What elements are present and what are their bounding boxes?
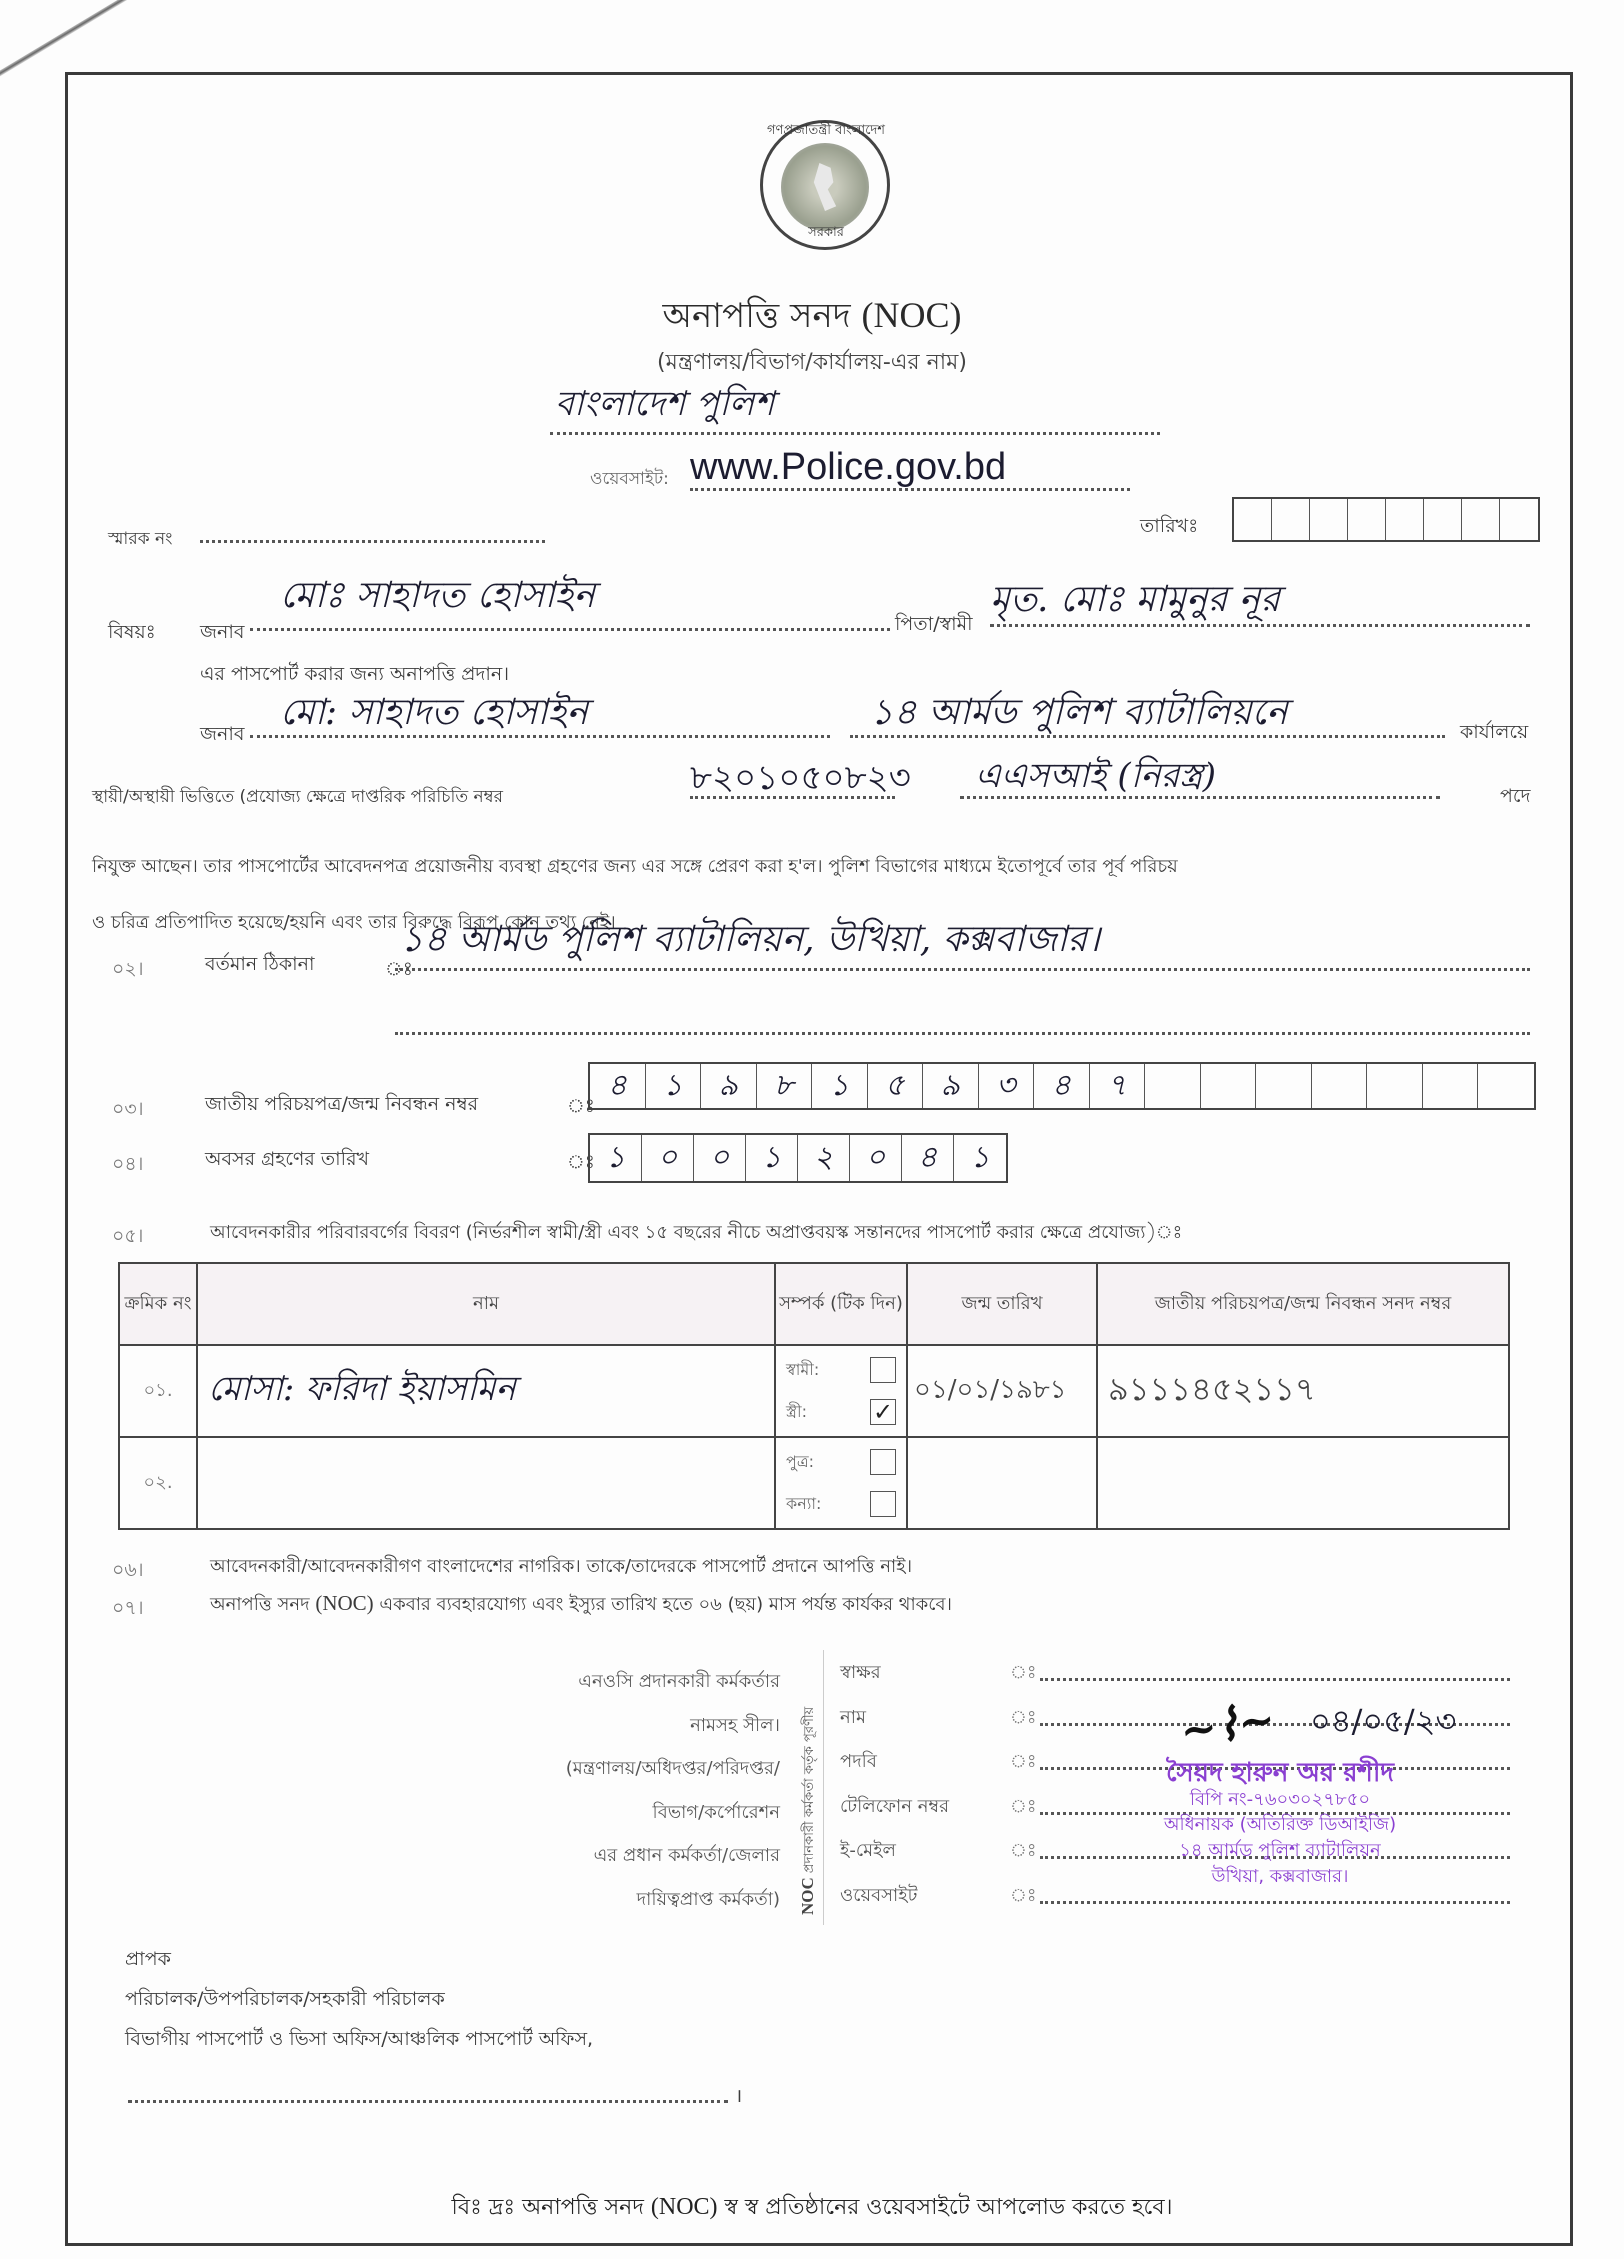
item-number: ০৬। [112, 1556, 144, 1588]
subject-label: বিষয়ঃ [108, 618, 156, 650]
digit-cell[interactable]: ৭ [1090, 1064, 1146, 1108]
relation-cell: পুত্র:কন্যা: [775, 1437, 907, 1529]
digit-cell[interactable]: ৯ [701, 1064, 757, 1108]
applicant-name-field[interactable]: মোঃ সাহাদত হোসাইন [280, 568, 595, 628]
item-number: ০২। [112, 955, 144, 987]
digit-cell[interactable]: ৪ [902, 1135, 954, 1181]
officer-field-label: স্বাক্ষর [840, 1658, 881, 1689]
officer-field-label: ই-মেইল [840, 1836, 896, 1867]
citizen-statement: আবেদনকারী/আবেদনকারীগণ বাংলাদেশের নাগরিক।… [210, 1552, 912, 1583]
nid-label: জাতীয় পরিচয়পত্র/জন্ম নিবন্ধন নম্বর [205, 1090, 478, 1122]
family-table: ক্রমিক নং নাম সম্পর্ক (টিক দিন) জন্ম তার… [118, 1262, 1510, 1530]
relation-cell: স্বামী:স্ত্রী:✓ [775, 1345, 907, 1437]
officer-field-label: নাম [840, 1703, 866, 1734]
post-suffix: পদে [1500, 782, 1531, 814]
digit-cell[interactable] [1462, 499, 1500, 540]
recipient-line2: বিভাগীয় পাসপোর্ট ও ভিসা অফিস/আঞ্চলিক পা… [125, 2025, 593, 2057]
stamp-location: উখিয়া, কক্সবাজার। [1100, 1862, 1460, 1893]
digit-cell[interactable] [1386, 499, 1424, 540]
father-name-field[interactable]: মৃত. মোঃ মামুনুর নূর [990, 572, 1280, 632]
seal-bottom-text: সরকার [763, 223, 889, 244]
subtitle: (মন্ত্রণালয়/বিভাগ/কার্যালয়-এর নাম) [0, 345, 1624, 382]
date-grid[interactable] [1232, 497, 1540, 542]
relation-label: কন্যা: [786, 1491, 821, 1518]
item-number: ০৫। [112, 1222, 143, 1254]
footer-note: বিঃ দ্রঃ অনাপত্তি সনদ (NOC) স্ব স্ব প্রত… [0, 2190, 1624, 2227]
relation-checkbox[interactable] [870, 1357, 896, 1383]
digit-cell[interactable]: ২ [798, 1135, 850, 1181]
digit-cell[interactable] [1256, 1064, 1312, 1108]
digit-cell[interactable] [1424, 499, 1462, 540]
officer-instruction-line: এনওসি প্রদানকারী কর্মকর্তার [460, 1660, 780, 1704]
recipient-line1: পরিচালক/উপপরিচালক/সহকারী পরিচালক [125, 1985, 445, 2017]
title-bangla: অনাপত্তি সনদ [663, 296, 851, 336]
subject-janab-label: জনাব [200, 618, 244, 650]
officer-field-input[interactable] [1040, 1678, 1510, 1681]
nid-grid[interactable]: ৪১৯৮১৫৯৩৪৭ [588, 1062, 1536, 1110]
officer-instruction-line: (মন্ত্রণালয়/অধিদপ্তর/পরিদপ্তর/ [460, 1747, 780, 1791]
signature-date: ০৪/০৫/২৩ [1310, 1696, 1456, 1750]
address-label: বর্তমান ঠিকানা [205, 950, 315, 982]
digit-cell[interactable]: ৪ [1034, 1064, 1090, 1108]
relation-label: স্বামী: [786, 1357, 819, 1384]
dob-cell[interactable]: ০১/০১/১৯৮১ [907, 1345, 1097, 1437]
officer-instruction-line: দায়িত্বপ্রাপ্ত কর্মকর্তা) [460, 1878, 780, 1922]
digit-cell[interactable]: ৩ [979, 1064, 1035, 1108]
digit-cell[interactable] [1310, 499, 1348, 540]
father-label: পিতা/স্বামী [895, 610, 973, 642]
col-name: নাম [197, 1263, 775, 1345]
retirement-label: অবসর গ্রহণের তারিখ [205, 1145, 369, 1177]
name-cell[interactable] [197, 1437, 775, 1529]
officer-field-label: ওয়েবসাইট [840, 1881, 917, 1912]
item-number: ০৭। [112, 1594, 144, 1626]
nid-cell[interactable] [1097, 1437, 1509, 1529]
relation-label: স্ত্রী: [786, 1399, 807, 1426]
digit-cell[interactable]: ১ [746, 1135, 798, 1181]
digit-cell[interactable]: ১ [812, 1064, 868, 1108]
retirement-date-grid[interactable]: ১০০১২০৪১ [588, 1133, 1008, 1183]
recipient-office-field[interactable] [128, 2100, 728, 2103]
seal-top-text: গণপ্রজাতন্ত্রী বাংলাদেশ [763, 121, 889, 142]
officer-instruction-line: নামসহ সীল। [460, 1704, 780, 1748]
date-label: তারিখঃ [1140, 512, 1198, 544]
address-line2-field[interactable] [395, 1032, 1530, 1035]
dob-cell[interactable] [907, 1437, 1097, 1529]
digit-cell[interactable] [1348, 499, 1386, 540]
serial-cell: ০২. [119, 1437, 197, 1529]
org-name-field[interactable]: বাংলাদেশ পুলিশ [555, 378, 774, 435]
title-noc: (NOC) [861, 295, 961, 335]
item-number: ০৩। [112, 1095, 144, 1127]
digit-cell[interactable]: ১ [646, 1064, 702, 1108]
nid-cell[interactable]: ৯১১১৪৫২১১৭ [1097, 1345, 1509, 1437]
colon: ঃ [1010, 1836, 1036, 1867]
table-row: ০১.মোসা: ফরিদা ইয়াসমিনস্বামী:স্ত্রী:✓০১… [119, 1345, 1509, 1437]
digit-cell[interactable] [1272, 499, 1310, 540]
relation-checkbox[interactable] [870, 1491, 896, 1517]
body-janab-label: জনাব [200, 720, 244, 752]
digit-cell[interactable]: ০ [642, 1135, 694, 1181]
relation-label: পুত্র: [786, 1449, 814, 1476]
colon: ঃ [1010, 1792, 1036, 1823]
table-row: ০২.পুত্র:কন্যা: [119, 1437, 1509, 1529]
danda: । [735, 2082, 742, 2108]
digit-cell[interactable]: ০ [850, 1135, 902, 1181]
officer-instruction-line: এর প্রধান কর্মকর্তা/জেলার [460, 1834, 780, 1878]
memo-label: স্মারক নং [108, 526, 172, 554]
digit-cell[interactable] [1478, 1064, 1534, 1108]
digit-cell[interactable]: ১ [954, 1135, 1006, 1181]
bangladesh-govt-seal-icon: গণপ্রজাতন্ত্রী বাংলাদেশ সরকার [760, 120, 890, 250]
digit-cell[interactable]: ১ [590, 1135, 642, 1181]
colon: ঃ [1010, 1703, 1036, 1734]
website-field[interactable]: www.Police.gov.bd [690, 446, 1006, 489]
col-relation: সম্পর্ক (টিক দিন) [775, 1263, 907, 1345]
officer-field-input[interactable] [1040, 1901, 1510, 1904]
digit-cell[interactable] [1234, 499, 1272, 540]
officer-field-label: পদবি [840, 1747, 877, 1778]
col-nid: জাতীয় পরিচয়পত্র/জন্ম নিবন্ধন সনদ নম্বর [1097, 1263, 1509, 1345]
digit-cell[interactable] [1423, 1064, 1479, 1108]
serial-cell: ০১. [119, 1345, 197, 1437]
officer-instruction-line: বিভাগ/কর্পোরেশন [460, 1791, 780, 1835]
col-serial: ক্রমিক নং [119, 1263, 197, 1345]
page-title: অনাপত্তি সনদ (NOC) [0, 290, 1624, 347]
digit-cell[interactable] [1500, 499, 1538, 540]
col-dob: জন্ম তারিখ [907, 1263, 1097, 1345]
colon: ঃ [1010, 1881, 1036, 1912]
memo-field[interactable] [200, 540, 545, 543]
digit-cell[interactable]: ৮ [757, 1064, 813, 1108]
office-suffix: কার্যালয়ে [1460, 718, 1528, 750]
family-label: আবেদনকারীর পরিবারবর্গের বিবরণ (নির্ভরশীল… [210, 1218, 1182, 1249]
relation-checkbox[interactable] [870, 1449, 896, 1475]
item-number: ০৪। [112, 1150, 143, 1182]
digit-cell[interactable] [1312, 1064, 1368, 1108]
body-paragraph-line1: নিযুক্ত আছেন। তার পাসপোর্টের আবেদনপত্র প… [92, 852, 1178, 883]
official-id-field[interactable]: ৮২০১০৫০৮২৩ [690, 752, 911, 809]
address-field[interactable]: ১৪ আর্মড পুলিশ ব্যাটালিয়ন, উখিয়া, কক্স… [400, 912, 1100, 972]
vertical-label: NOC প্রদানকারী কর্মকর্তা কর্তৃক পূরণীয় [798, 1645, 821, 1915]
colon: ঃ [1010, 1658, 1036, 1689]
officer-instructions: এনওসি প্রদানকারী কর্মকর্তারনামসহ সীল।(মন… [460, 1660, 780, 1921]
digit-cell[interactable] [1201, 1064, 1257, 1108]
digit-cell[interactable]: ০ [694, 1135, 746, 1181]
relation-checkbox[interactable]: ✓ [870, 1399, 896, 1425]
map-icon [811, 163, 839, 211]
digit-cell[interactable] [1145, 1064, 1201, 1108]
digit-cell[interactable]: ৯ [923, 1064, 979, 1108]
officer-field-label: টেলিফোন নম্বর [840, 1792, 949, 1823]
digit-cell[interactable]: ৫ [868, 1064, 924, 1108]
name-cell[interactable]: মোসা: ফরিদা ইয়াসমিন [197, 1345, 775, 1437]
recipient-label: প্রাপক [125, 1945, 171, 1977]
digit-cell[interactable]: ৪ [590, 1064, 646, 1108]
basis-label: স্থায়ী/অস্থায়ী ভিত্তিতে (প্রযোজ্য ক্ষে… [92, 784, 503, 812]
validity-statement: অনাপত্তি সনদ (NOC) একবার ব্যবহারযোগ্য এব… [210, 1590, 952, 1621]
digit-cell[interactable] [1367, 1064, 1423, 1108]
website-label: ওয়েবসাইট: [590, 466, 669, 494]
colon: ঃ [1010, 1747, 1036, 1778]
